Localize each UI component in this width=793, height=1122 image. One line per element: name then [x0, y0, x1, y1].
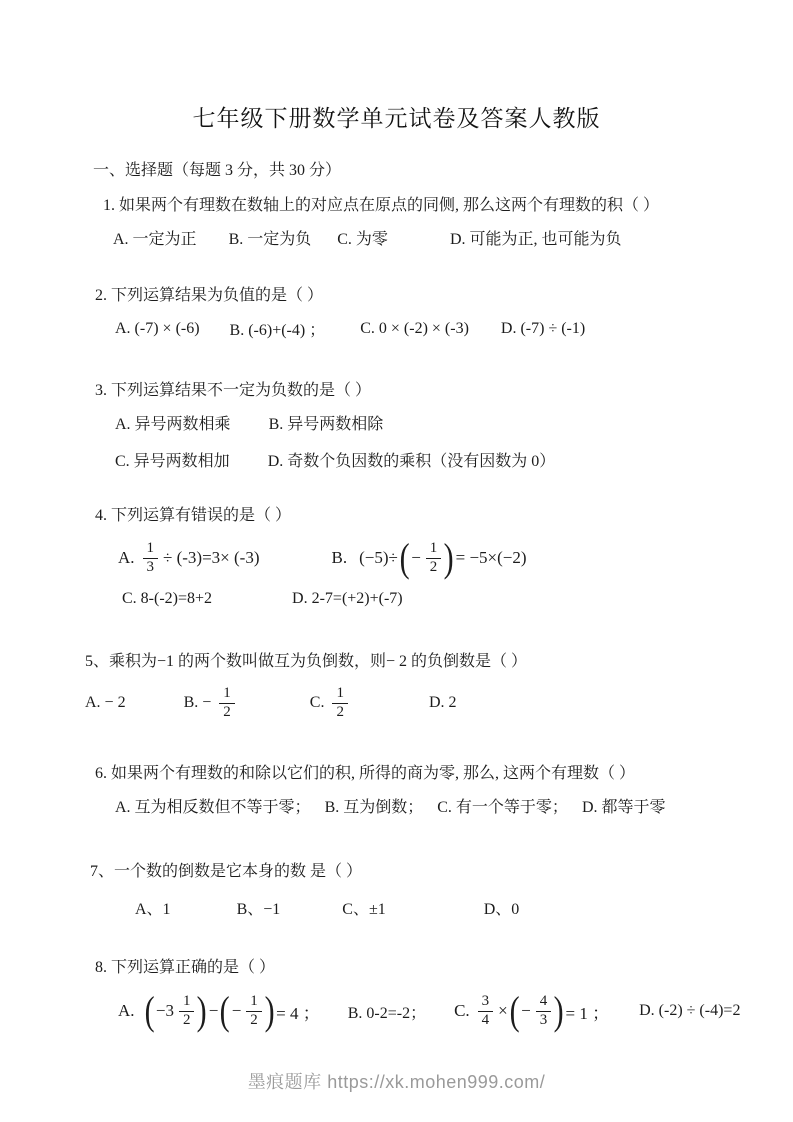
q7-option-d: D、0 — [484, 896, 520, 919]
q5-b-fraction: 1 2 — [219, 686, 235, 721]
q7-option-a: A、1 — [135, 896, 171, 919]
q2-option-b: B. (-6)+(-4) ； — [230, 317, 326, 340]
q4-b-right-paren: ) — [444, 540, 454, 576]
q8-c-fraction-2: 4 3 — [536, 994, 552, 1029]
q8-a-right-paren-1: ) — [197, 993, 207, 1029]
q3-option-d: D. 奇数个负因数的乘积（没有因数为 0） — [268, 448, 556, 471]
question-8-options: A. ( −3 1 2 ) − ( − 1 2 ) = 4 ； B. 0-2=-… — [118, 981, 793, 1041]
q8-c-label: C. — [454, 1001, 470, 1021]
q8-a-minus: − — [232, 1001, 242, 1021]
q1-option-b: B. 一定为负 — [229, 226, 312, 249]
q8-option-c: C. 3 4 × ( − 4 3 ) = 1 ； — [454, 993, 611, 1029]
q1-option-c: C. 为零 — [337, 226, 388, 249]
q4-option-a: A. 1 3 ÷ (-3)=3× (-3) — [118, 541, 262, 576]
q4-a-expression: ÷ (-3)=3× (-3) — [163, 548, 259, 568]
question-4-options-ab: A. 1 3 ÷ (-3)=3× (-3) B. (−5)÷ ( − 1 2 )… — [118, 529, 793, 587]
q5-option-b: B. − 1 2 — [184, 686, 238, 721]
question-8-stem: 8. 下列运算正确的是（ ） — [95, 954, 793, 977]
q4-b-minus: − — [411, 548, 421, 568]
q6-option-b: B. 互为倒数； — [325, 794, 424, 817]
q8-option-a: A. ( −3 1 2 ) − ( − 1 2 ) = 4 ； — [118, 993, 322, 1029]
question-7-options: A、1 B、−1 C、±1 D、0 — [135, 896, 793, 919]
q5-option-c: C. 1 2 — [310, 686, 351, 721]
question-4-options-cd: C. 8-(-2)=8+2 D. 2-7=(+2)+(-7) — [122, 590, 793, 608]
test-paper-page: 七年级下册数学单元试卷及答案人教版 一、选择题（每题 3 分，共 30 分） 1… — [0, 0, 793, 1122]
q4-option-c: C. 8-(-2)=8+2 — [122, 590, 212, 608]
q5-b-label: B. − — [184, 694, 212, 712]
q8-c-fraction-1: 3 4 — [478, 994, 494, 1029]
q4-b-prefix: (−5)÷ — [359, 548, 398, 568]
q8-a-operator: − — [209, 1001, 219, 1021]
q8-option-d: D. (-2) ÷ (-4)=2 — [639, 1002, 740, 1020]
q6-option-d: D. 都等于零 — [582, 794, 666, 817]
section-header: 一、选择题（每题 3 分，共 30 分） — [93, 157, 793, 180]
q3-option-c: C. 异号两数相加 — [115, 448, 230, 471]
question-3-options-row1: A. 异号两数相乘 B. 异号两数相除 — [115, 411, 793, 434]
question-3-stem: 3. 下列运算结果不一定为负数的是（ ） — [95, 377, 793, 400]
q8-a-mixed-int: −3 — [156, 1001, 174, 1021]
q8-c-left-paren: ( — [509, 993, 519, 1029]
question-2-stem: 2. 下列运算结果为负值的是（ ） — [95, 282, 793, 305]
question-1-stem: 1. 如果两个有理数在数轴上的对应点在原点的同侧, 那么这两个有理数的积（ ） — [103, 192, 793, 215]
q5-option-a: A. − 2 — [85, 694, 126, 712]
question-3-options-row2: C. 异号两数相加 D. 奇数个负因数的乘积（没有因数为 0） — [115, 448, 793, 471]
footer-watermark: 墨痕题库 https://xk.mohen999.com/ — [0, 1068, 793, 1094]
q8-a-fraction-1: 1 2 — [179, 994, 195, 1029]
q8-a-right-paren-2: ) — [264, 993, 274, 1029]
q5-c-fraction: 1 2 — [332, 686, 348, 721]
q7-option-b: B、−1 — [237, 896, 281, 919]
question-4-stem: 4. 下列运算有错误的是（ ） — [95, 502, 793, 525]
q8-a-left-paren-1: ( — [144, 993, 154, 1029]
q3-option-a: A. 异号两数相乘 — [115, 411, 231, 434]
q4-option-d: D. 2-7=(+2)+(-7) — [292, 590, 403, 608]
q4-b-left-paren: ( — [400, 540, 410, 576]
question-1-options: A. 一定为正 B. 一定为负 C. 为零 D. 可能为正, 也可能为负 — [113, 226, 793, 249]
q8-c-result: = 1 ； — [566, 999, 610, 1024]
q8-c-operator: × — [498, 1001, 508, 1021]
question-2-options: A. (-7) × (-6) B. (-6)+(-4) ； C. 0 × (-2… — [115, 317, 793, 340]
q3-option-b: B. 异号两数相除 — [269, 411, 384, 434]
q8-c-right-paren: ) — [554, 993, 564, 1029]
q4-b-label: B. — [332, 548, 348, 568]
q7-option-c: C、±1 — [342, 896, 385, 919]
q8-a-result: = 4 ； — [276, 999, 320, 1024]
q6-option-a: A. 互为相反数但不等于零； — [115, 794, 311, 817]
q8-c-minus: − — [521, 1001, 531, 1021]
q4-option-b: B. (−5)÷ ( − 1 2 ) = −5×(−2) — [332, 540, 529, 576]
q5-option-d: D. 2 — [429, 694, 457, 712]
question-5-options: A. − 2 B. − 1 2 C. 1 2 D. 2 — [85, 677, 793, 729]
q8-option-b: B. 0-2=-2； — [348, 1000, 426, 1023]
question-7-stem: 7、一个数的倒数是它本身的数 是（ ） — [90, 858, 793, 881]
question-6-stem: 6. 如果两个有理数的和除以它们的积, 所得的商为零, 那么, 这两个有理数（ … — [95, 760, 793, 783]
q8-a-left-paren-2: ( — [220, 993, 230, 1029]
q8-a-label: A. — [118, 1001, 135, 1021]
q6-option-c: C. 有一个等于零； — [437, 794, 568, 817]
q4-b-expression: = −5×(−2) — [456, 548, 527, 568]
q4-a-fraction: 1 3 — [143, 541, 159, 576]
q1-option-a: A. 一定为正 — [113, 226, 197, 249]
q5-c-label: C. — [310, 694, 325, 712]
question-6-options: A. 互为相反数但不等于零； B. 互为倒数； C. 有一个等于零； D. 都等… — [115, 794, 793, 817]
page-title: 七年级下册数学单元试卷及答案人教版 — [0, 100, 793, 133]
q4-b-fraction: 1 2 — [426, 541, 442, 576]
question-5-stem: 5、乘积为−1 的两个数叫做互为负倒数，则− 2 的负倒数是（ ） — [85, 648, 793, 671]
q4-a-label: A. — [118, 548, 135, 568]
q2-option-c: C. 0 × (-2) × (-3) — [360, 320, 469, 338]
q8-a-fraction-2: 1 2 — [246, 994, 262, 1029]
q2-option-a: A. (-7) × (-6) — [115, 320, 200, 338]
q1-option-d: D. 可能为正, 也可能为负 — [450, 226, 622, 249]
q2-option-d: D. (-7) ÷ (-1) — [501, 320, 585, 338]
